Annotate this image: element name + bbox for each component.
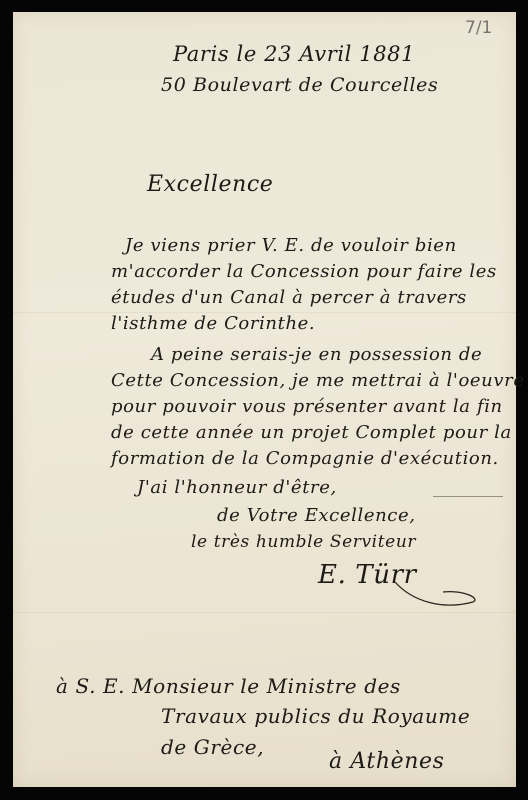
signature-flourish-icon	[393, 572, 483, 612]
folio-number: 7/1	[465, 18, 492, 38]
flourish-line	[433, 496, 503, 497]
salutation: Excellence	[147, 172, 273, 197]
body-line: formation de la Compagnie d'exécution.	[111, 448, 499, 469]
closing-line: le très humble Serviteur	[191, 532, 416, 552]
addressee-line: de Grèce,	[161, 735, 264, 759]
addressee-line: Travaux publics du Royaume	[161, 704, 470, 728]
closing-line: de Votre Excellence,	[217, 505, 416, 526]
paper-fold	[13, 612, 516, 613]
body-line: l'isthme de Corinthe.	[111, 313, 315, 334]
body-line: A peine serais-je en possession de	[151, 344, 482, 365]
letter-page: 7/1 Paris le 23 Avril 1881 50 Boulevart …	[13, 12, 516, 787]
body-line: études d'un Canal à percer à travers	[111, 287, 467, 308]
closing-line: J'ai l'honneur d'être,	[137, 477, 337, 498]
body-line: pour pouvoir vous présenter avant la fin	[111, 396, 503, 417]
date-line: Paris le 23 Avril 1881	[173, 42, 415, 66]
address-line: 50 Boulevart de Courcelles	[161, 74, 438, 96]
body-line: m'accorder la Concession pour faire les	[111, 261, 497, 282]
addressee-line: à S. E. Monsieur le Ministre des	[56, 674, 401, 698]
body-line: Je viens prier V. E. de vouloir bien	[125, 235, 457, 256]
addressee-line: à Athènes	[329, 749, 445, 774]
body-line: de cette année un projet Complet pour la	[111, 422, 512, 443]
body-line: Cette Concession, je me mettrai à l'oeuv…	[111, 370, 525, 391]
